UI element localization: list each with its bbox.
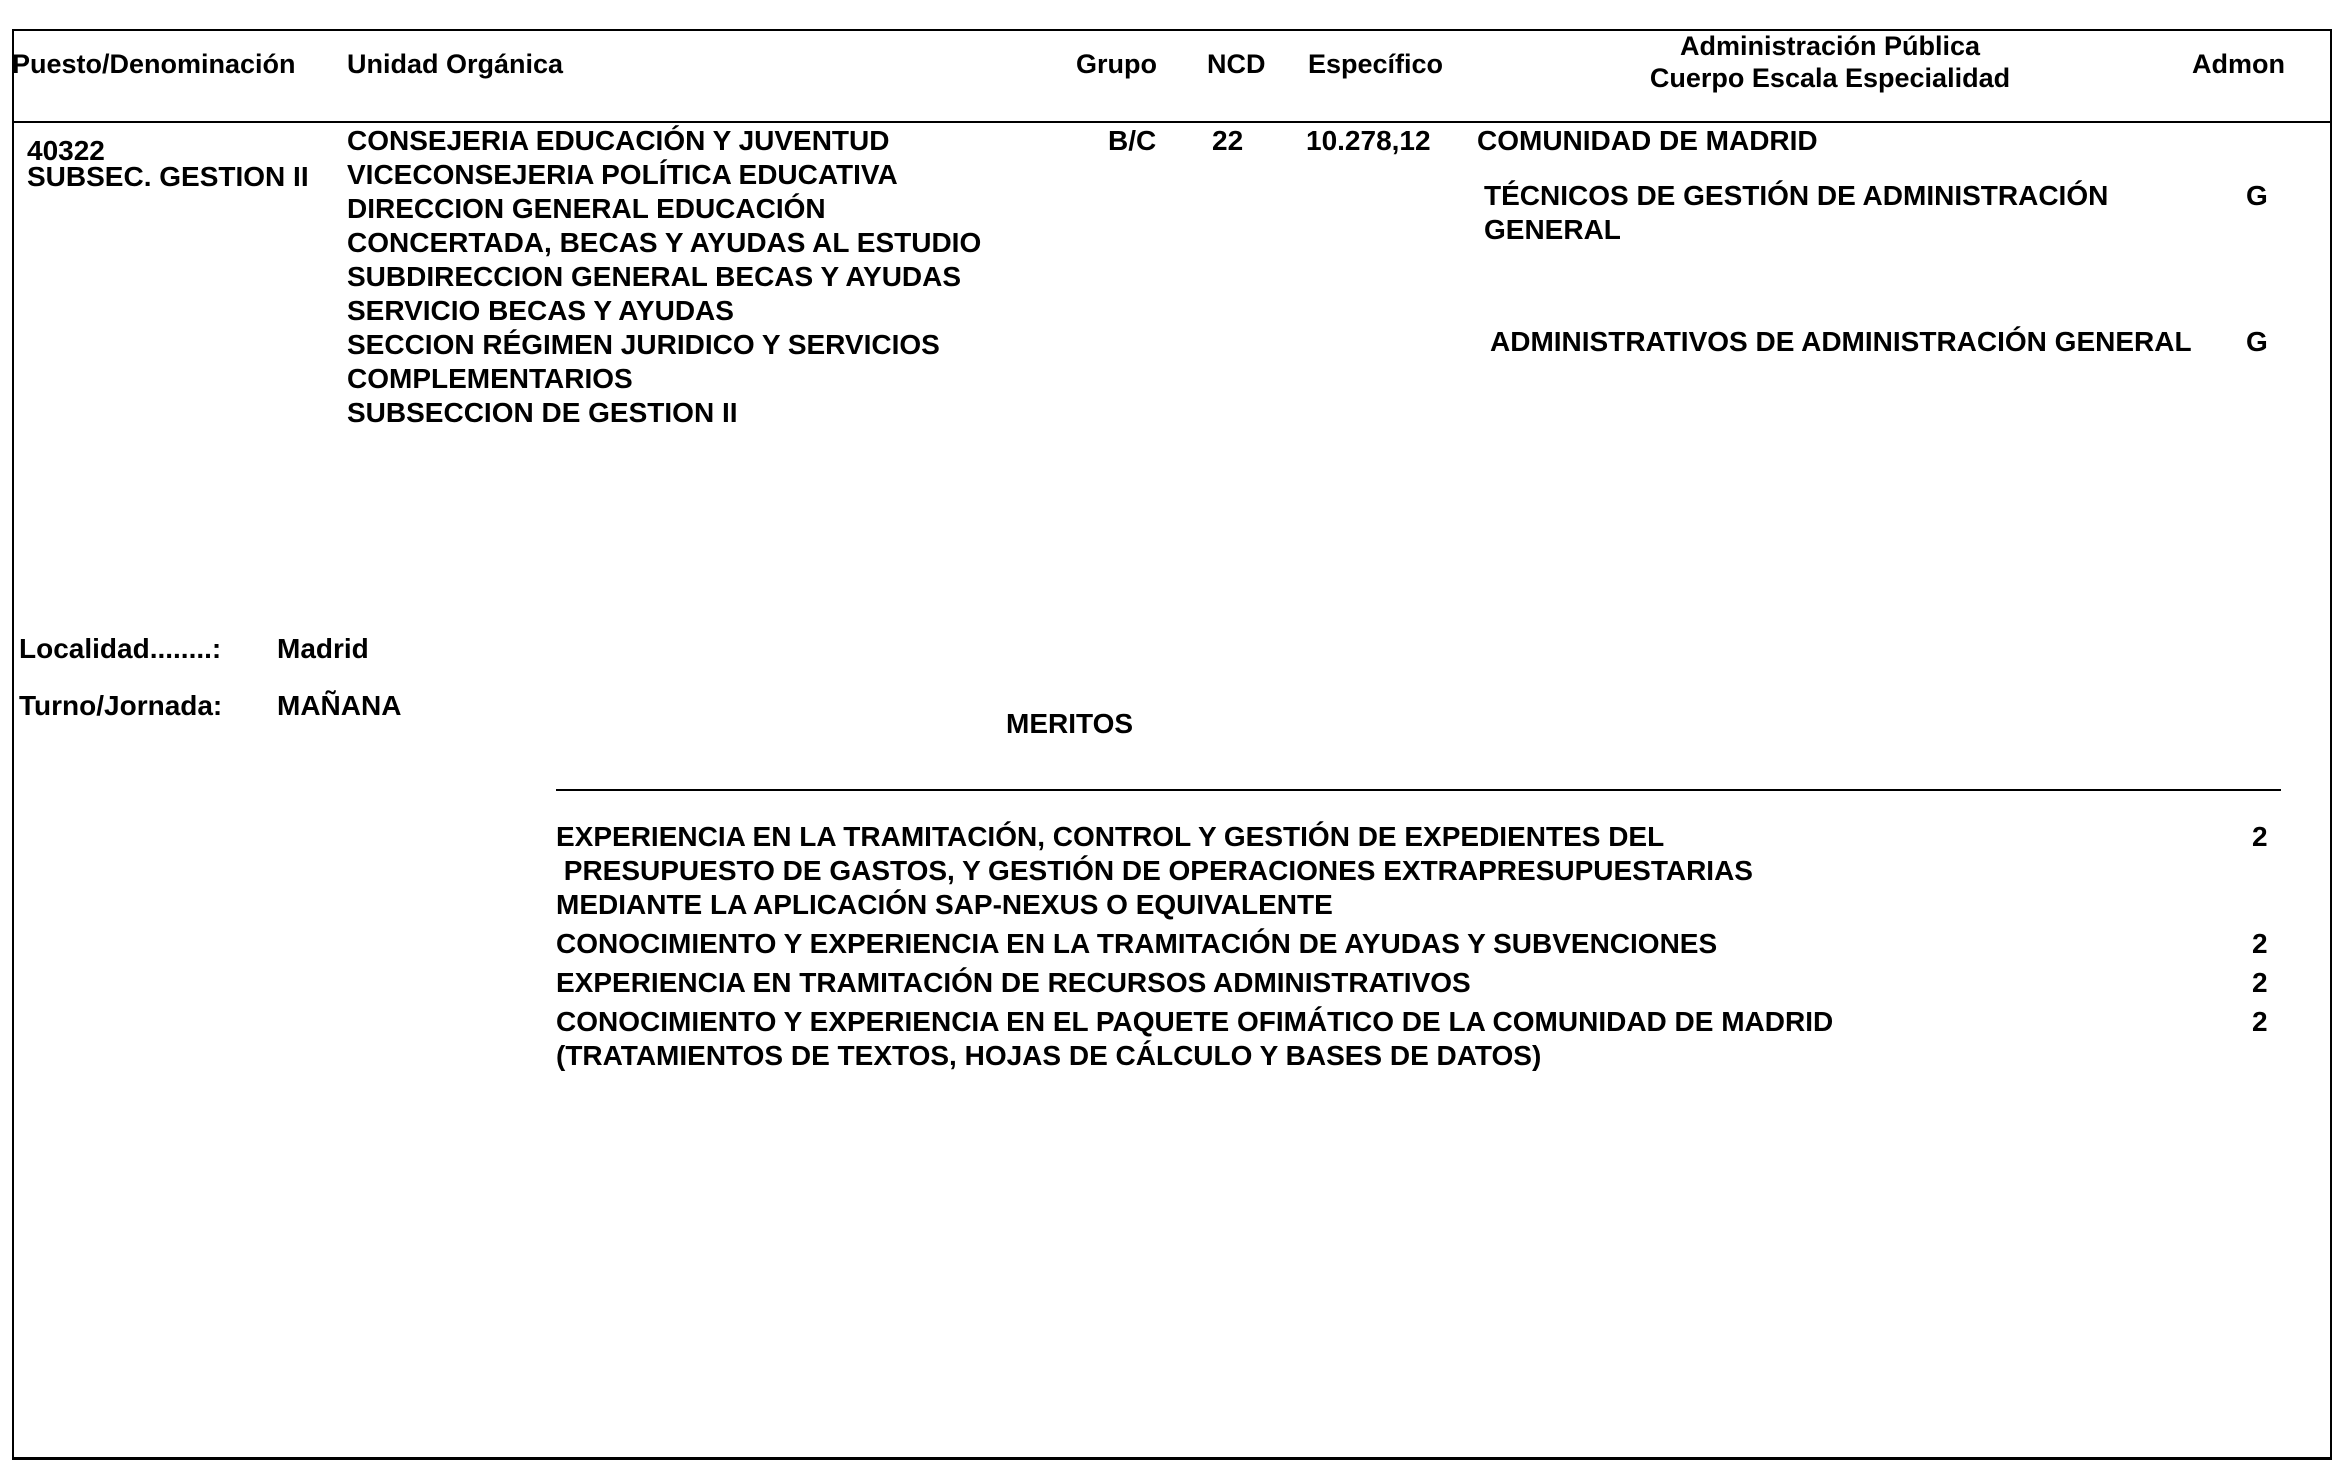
cuerpo-tecnicos-line2: GENERAL bbox=[1484, 213, 1621, 247]
cuerpo-administrativos-admon: G bbox=[2246, 325, 2268, 359]
header-cuerpo-escala: Cuerpo Escala Especialidad bbox=[1560, 63, 2100, 94]
header-admon: Admon bbox=[2192, 49, 2285, 80]
unidad-organica: CONSEJERIA EDUCACIÓN Y JUVENTUDVICECONSE… bbox=[347, 124, 981, 430]
header-puesto: Puesto/Denominación bbox=[12, 49, 296, 80]
turno-label: Turno/Jornada: bbox=[19, 689, 222, 723]
administracion-value: COMUNIDAD DE MADRID bbox=[1477, 124, 1818, 158]
meritos-divider bbox=[556, 789, 2281, 791]
merito-item: EXPERIENCIA EN TRAMITACIÓN DE RECURSOS A… bbox=[556, 966, 1471, 1000]
merito-points: 2 bbox=[2252, 1005, 2268, 1039]
merito-text: MEDIANTE LA APLICACIÓN SAP-NEXUS O EQUIV… bbox=[556, 888, 1753, 922]
localidad-label: Localidad........: bbox=[19, 632, 221, 666]
cuerpo-tecnicos-line1: TÉCNICOS DE GESTIÓN DE ADMINISTRACIÓN bbox=[1484, 179, 2108, 213]
unidad-line: SUBSECCION DE GESTION II bbox=[347, 396, 981, 430]
cuerpo-administrativos: ADMINISTRATIVOS DE ADMINISTRACIÓN GENERA… bbox=[1490, 325, 2192, 359]
unidad-line: CONSEJERIA EDUCACIÓN Y JUVENTUD bbox=[347, 124, 981, 158]
unidad-line: DIRECCION GENERAL EDUCACIÓN bbox=[347, 192, 981, 226]
unidad-line: COMPLEMENTARIOS bbox=[347, 362, 981, 396]
header-ncd: NCD bbox=[1207, 49, 1266, 80]
grupo-value: B/C bbox=[1108, 124, 1156, 158]
merito-text: CONOCIMIENTO Y EXPERIENCIA EN LA TRAMITA… bbox=[556, 927, 1717, 961]
header-unidad: Unidad Orgánica bbox=[347, 49, 563, 80]
merito-text: EXPERIENCIA EN LA TRAMITACIÓN, CONTROL Y… bbox=[556, 820, 1753, 854]
merito-points: 2 bbox=[2252, 966, 2268, 1000]
header-divider bbox=[12, 121, 2332, 123]
merito-text: CONOCIMIENTO Y EXPERIENCIA EN EL PAQUETE… bbox=[556, 1005, 1833, 1039]
header-grupo: Grupo bbox=[1076, 49, 1157, 80]
header-especifico: Específico bbox=[1308, 49, 1443, 80]
especifico-value: 10.278,12 bbox=[1306, 124, 1431, 158]
merito-item: EXPERIENCIA EN LA TRAMITACIÓN, CONTROL Y… bbox=[556, 820, 1753, 922]
unidad-line: CONCERTADA, BECAS Y AYUDAS AL ESTUDIO bbox=[347, 226, 981, 260]
localidad-value: Madrid bbox=[277, 632, 369, 666]
merito-points: 2 bbox=[2252, 820, 2268, 854]
unidad-line: SERVICIO BECAS Y AYUDAS bbox=[347, 294, 981, 328]
merito-text: EXPERIENCIA EN TRAMITACIÓN DE RECURSOS A… bbox=[556, 966, 1471, 1000]
turno-value: MAÑANA bbox=[277, 689, 401, 723]
merito-item: CONOCIMIENTO Y EXPERIENCIA EN LA TRAMITA… bbox=[556, 927, 1717, 961]
puesto-name: SUBSEC. GESTION II bbox=[27, 160, 309, 194]
merito-points: 2 bbox=[2252, 927, 2268, 961]
unidad-line: SUBDIRECCION GENERAL BECAS Y AYUDAS bbox=[347, 260, 981, 294]
cuerpo-tecnicos-admon: G bbox=[2246, 179, 2268, 213]
unidad-line: VICECONSEJERIA POLÍTICA EDUCATIVA bbox=[347, 158, 981, 192]
header-admin-publica: Administración Pública bbox=[1560, 31, 2100, 62]
unidad-line: SECCION RÉGIMEN JURIDICO Y SERVICIOS bbox=[347, 328, 981, 362]
meritos-title: MERITOS bbox=[1006, 707, 1133, 741]
ncd-value: 22 bbox=[1212, 124, 1243, 158]
merito-item: CONOCIMIENTO Y EXPERIENCIA EN EL PAQUETE… bbox=[556, 1005, 1833, 1073]
merito-text: PRESUPUESTO DE GASTOS, Y GESTIÓN DE OPER… bbox=[556, 854, 1753, 888]
merito-text: (TRATAMIENTOS DE TEXTOS, HOJAS DE CÁLCUL… bbox=[556, 1039, 1833, 1073]
